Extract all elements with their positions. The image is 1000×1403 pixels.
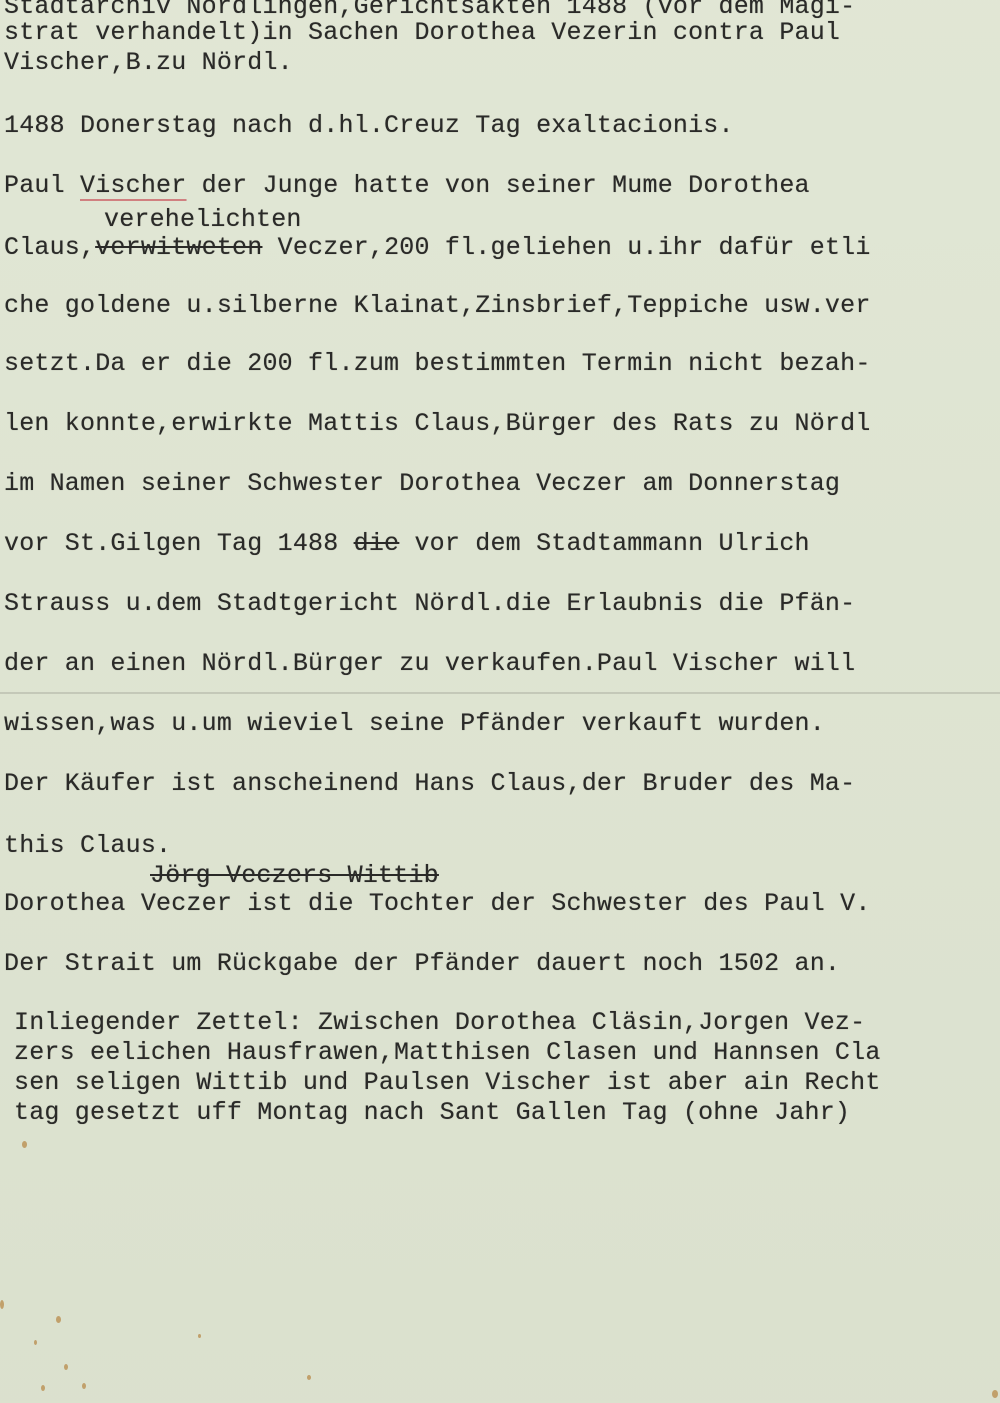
stain-spot	[22, 1141, 27, 1148]
page-fold-line	[0, 692, 1000, 694]
note-line-3: sen seligen Wittib und Paulsen Vischer i…	[14, 1070, 881, 1096]
struck-word: verwitweten	[95, 233, 262, 262]
body-line-8: Strauss u.dem Stadtgericht Nördl.die Erl…	[4, 590, 855, 618]
body-line-11: Der Käufer ist anscheinend Hans Claus,de…	[4, 770, 855, 798]
text-segment: Veczer,200 fl.geliehen u.ihr dafür etli	[262, 233, 870, 262]
stain-spot	[198, 1334, 201, 1338]
typewritten-page: Stadtarchiv Nördlingen,Gerichtsakten 148…	[0, 0, 1000, 1403]
stain-spot	[41, 1385, 45, 1391]
body-line-13: Dorothea Veczer ist die Tochter der Schw…	[4, 890, 871, 918]
body-line-4: setzt.Da er die 200 fl.zum bestimmten Te…	[4, 350, 871, 378]
note-line-4: tag gesetzt uff Montag nach Sant Gallen …	[14, 1100, 850, 1126]
struck-insertion: Jörg Veczers Wittib	[150, 862, 439, 890]
stain-spot	[56, 1316, 61, 1323]
stain-spot	[64, 1364, 68, 1370]
body-line-6: im Namen seiner Schwester Dorothea Vecze…	[4, 470, 840, 498]
text-segment: der Junge hatte von seiner Mume Dorothea	[186, 171, 809, 200]
date-line: 1488 Donerstag nach d.hl.Creuz Tag exalt…	[4, 112, 734, 140]
stain-spot	[0, 1300, 4, 1309]
stain-spot	[992, 1390, 998, 1398]
body-line-12: this Claus.	[4, 832, 171, 860]
body-line-14: Der Strait um Rückgabe der Pfänder dauer…	[4, 950, 840, 978]
body-line-10: wissen,was u.um wieviel seine Pfänder ve…	[4, 710, 825, 738]
body-line-3: che goldene u.silberne Klainat,Zinsbrief…	[4, 292, 871, 320]
body-line-5: len konnte,erwirkte Mattis Claus,Bürger …	[4, 410, 871, 438]
struck-word: die	[354, 529, 400, 558]
stain-spot	[82, 1383, 86, 1389]
note-line-2: zers eelichen Hausfrawen,Matthisen Clase…	[14, 1040, 881, 1066]
insertion-above-line: verehelichten	[104, 206, 302, 234]
underlined-name: Vischer	[80, 171, 186, 200]
body-line-9: der an einen Nördl.Bürger zu verkaufen.P…	[4, 650, 855, 678]
header-line-3: Vischer,B.zu Nördl.	[4, 50, 293, 76]
body-line-7: vor St.Gilgen Tag 1488 die vor dem Stadt…	[4, 530, 810, 558]
body-line-1: Paul Vischer der Junge hatte von seiner …	[4, 172, 810, 200]
text-segment: Paul	[4, 171, 80, 200]
text-segment: Claus,	[4, 233, 95, 262]
header-line-1: Stadtarchiv Nördlingen,Gerichtsakten 148…	[4, 0, 855, 20]
text-segment: vor St.Gilgen Tag 1488	[4, 529, 354, 558]
stain-spot	[307, 1375, 311, 1380]
stain-spot	[34, 1340, 37, 1345]
body-line-2: Claus,verwitweten Veczer,200 fl.geliehen…	[4, 234, 871, 262]
text-segment: vor dem Stadtammann Ulrich	[399, 529, 809, 558]
header-line-2: strat verhandelt)in Sachen Dorothea Veze…	[4, 20, 840, 46]
note-line-1: Inliegender Zettel: Zwischen Dorothea Cl…	[14, 1010, 865, 1036]
